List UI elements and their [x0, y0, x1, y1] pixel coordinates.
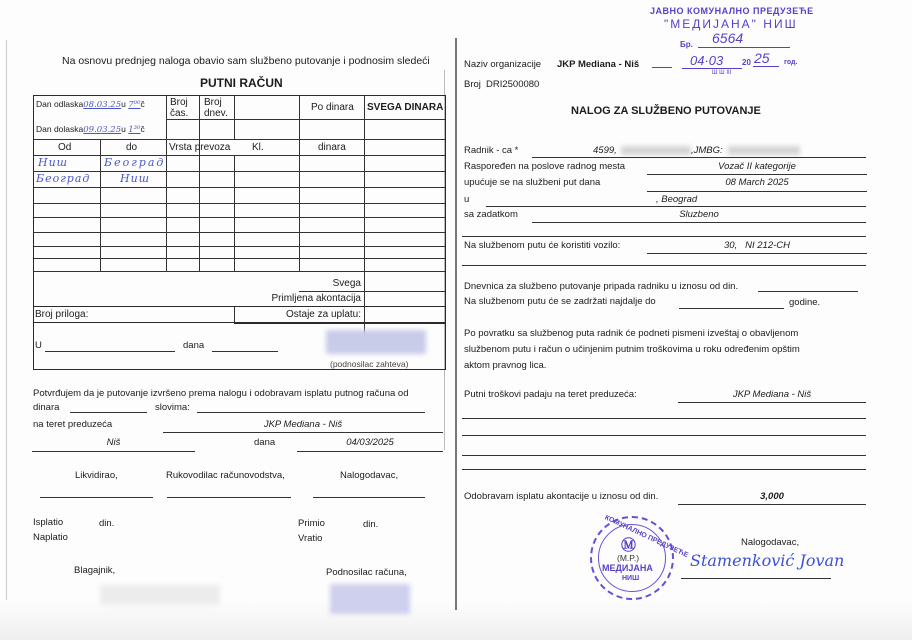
blagajnik-label: Blagajnik, [74, 565, 115, 576]
nalogodavac-left-label: Nalogodavac, [340, 470, 398, 481]
zadrzati-field[interactable] [679, 308, 784, 309]
broj-label: Broj [464, 79, 481, 90]
akontacija-value: 3,000 [678, 491, 866, 502]
confirm-date-value: 04/03/2025 [297, 437, 443, 448]
place-value: Niš [32, 437, 195, 448]
u-destination-label: u [464, 194, 469, 205]
registry-date: 04·03 [690, 53, 723, 68]
godine-label: godine. [789, 297, 820, 308]
header-od: Od [58, 142, 71, 153]
seal-name: МЕДИЈАНА [602, 563, 653, 573]
redacted-jmbg [728, 146, 800, 155]
dan-dolaska-time: 1³⁰ [128, 125, 140, 135]
nalog-title: NALOG ZA SLUŽBENO PUTOVANJE [571, 105, 761, 117]
u-label: U [35, 340, 42, 351]
broj-priloga-label: Broj priloga: [35, 309, 88, 320]
upucuje-date-value: 08 March 2025 [647, 177, 867, 188]
row-1-do[interactable]: Београд [104, 156, 165, 169]
dan-odlaska-value: 08.03.25 [83, 100, 121, 110]
dan-odlaska-time: 7⁰⁰ [128, 100, 140, 110]
row-1-od[interactable]: Ниш [38, 156, 68, 169]
jmbg-label: ,JMBG: [691, 145, 723, 156]
confirm-text: Potvrđujem da je putovanje izvršeno prem… [33, 388, 408, 399]
registry-stamp-line1: ЈАВНО КОМУНАЛНО ПРЕДУЗЕЋЕ [650, 6, 814, 16]
naziv-organizacije-label: Naziv organizacije [464, 59, 541, 70]
vozilo-value: 30, NI 212-CH [647, 240, 867, 251]
troskovi-value: JKP Mediana - Niš [678, 389, 866, 400]
likvidirao-label: Likvidirao, [75, 470, 118, 481]
rasporedjen-label: Raspoređen na poslove radnog mesta [464, 161, 625, 172]
na-teret-value: JKP Mediana - Niš [163, 419, 443, 430]
row-2-do[interactable]: Ниш [120, 172, 150, 185]
vozilo-label: Na službenom putu će koristiti vozilo: [464, 240, 620, 251]
nalogodavac-label: Nalogodavac, [741, 537, 799, 548]
confirm-dana-label: dana [254, 437, 275, 448]
upucuje-label: upućuje se na službeni put dana [464, 177, 600, 188]
naplatio-label: Naplatio [33, 532, 68, 543]
akontacija-label: Odobravam isplatu akontacije u iznosu od… [464, 491, 658, 502]
primljena-akontacija-label: Primljena akontacija [272, 293, 362, 304]
ostaje-za-uplatu-label: Ostaje za uplatu: [286, 309, 361, 320]
radnik-field[interactable] [532, 157, 866, 158]
redacted-signature [326, 330, 426, 354]
destination-value: , Beograd [656, 194, 697, 205]
rukovodilac-label: Rukovodilac računovodstva, [166, 470, 285, 481]
broj-value: DRI2500080 [486, 79, 539, 90]
rukovodilac-signature-line[interactable] [167, 497, 291, 498]
dnevnica-field[interactable] [758, 291, 858, 292]
slovima-field[interactable] [197, 412, 425, 413]
troskovi-label: Putni troškovi padaju na teret preduzeća… [464, 389, 637, 400]
faded-signature [100, 585, 220, 605]
primio-din-label: din. [363, 519, 378, 530]
primio-label: Primio [298, 518, 325, 529]
podnosilac-racuna-label: Podnosilac računa, [326, 567, 407, 578]
zadatak-value: Sluzbeno [532, 209, 866, 220]
header-broj-cas: Broj čas. [170, 97, 188, 119]
left-page-edge [6, 40, 7, 600]
dinara-field[interactable] [70, 412, 147, 413]
zadrzati-label: Na službenom putu će se zadržati najdalj… [464, 296, 656, 307]
vratio-label: Vratio [298, 533, 322, 544]
dnevnica-label: Dnevnica za službeno putovanje pripada r… [464, 281, 738, 292]
redacted-name [621, 146, 691, 155]
nalogodavac-signature-line[interactable] [681, 578, 831, 579]
dana-label: dana [183, 340, 204, 351]
header-broj-dnev: Broj dnev. [204, 97, 228, 119]
mp-label: (M.P.) [617, 553, 639, 563]
header-dinara: dinara [318, 142, 346, 153]
putni-racun-title: PUTNI RAČUN [200, 76, 283, 90]
nalogodavac-left-signature-line[interactable] [313, 497, 425, 498]
registry-number: 6564 [712, 30, 743, 46]
na-teret-label: na teret preduzeća [33, 419, 112, 430]
seal-logo-icon: Ⓜ [621, 534, 636, 555]
header-vrsta-prevoza: Vrsta prevoza [169, 142, 230, 153]
dan-dolaska-field[interactable]: Dan dolaska09.03.25u 1³⁰č [36, 124, 145, 135]
dan-dolaska-value: 09.03.25 [83, 125, 121, 135]
zadatak-label: sa zadatkom [464, 209, 518, 220]
likvidirao-signature-line[interactable] [40, 497, 153, 498]
header-kl: Kl. [252, 142, 264, 153]
travel-expense-table: Dan odlaska08.03.25u 7⁰⁰č Dan dolaska09.… [33, 95, 446, 323]
intro-text: Na osnovu prednjeg naloga obavio sam slu… [62, 55, 430, 67]
header-svega-dinara: SVEGA DINARA [367, 102, 443, 113]
radnik-label: Radnik - ca * [464, 145, 518, 156]
header-po-dinara: Po dinara [311, 102, 354, 113]
registry-stamp-line2: "МЕДИЈАНА" НИШ [664, 17, 798, 31]
row-2-od[interactable]: Београд [36, 172, 90, 185]
radnik-id: 4599, [593, 145, 617, 156]
dana-field[interactable] [212, 351, 278, 352]
dinara-label: dinara [33, 402, 59, 413]
slovima-label: slovima: [155, 402, 190, 413]
seal-city: НИШ [622, 575, 639, 582]
redacted-signature-2 [330, 584, 410, 614]
svega-label: Svega [333, 278, 361, 289]
rasporedjen-value: Vozač II kategorije [647, 161, 867, 172]
povratak-text-1: Po povratku sa službenog puta radnik će … [464, 328, 798, 339]
header-do: do [126, 142, 137, 153]
isplatio-din-label: din. [99, 518, 114, 529]
isplatio-label: Isplatio [33, 517, 63, 528]
povratak-text-2: službenom putu i račun o učinjenim putni… [464, 344, 800, 355]
registry-year: 25 [754, 50, 770, 66]
dan-odlaska-field[interactable]: Dan odlaska08.03.25u 7⁰⁰č [36, 99, 145, 110]
registry-stamp-br-label: Бр. [680, 40, 693, 49]
page-divider [455, 38, 457, 610]
naziv-organizacije-value: JKP Mediana - Niš [557, 59, 639, 70]
nalogodavac-signature: Stamenković Jovan [690, 551, 844, 570]
podnosilac-zahteva-label: (podnosilac zahteva) [330, 359, 408, 369]
u-field[interactable] [45, 351, 175, 352]
povratak-text-3: aktom pravnog lica. [464, 360, 546, 371]
